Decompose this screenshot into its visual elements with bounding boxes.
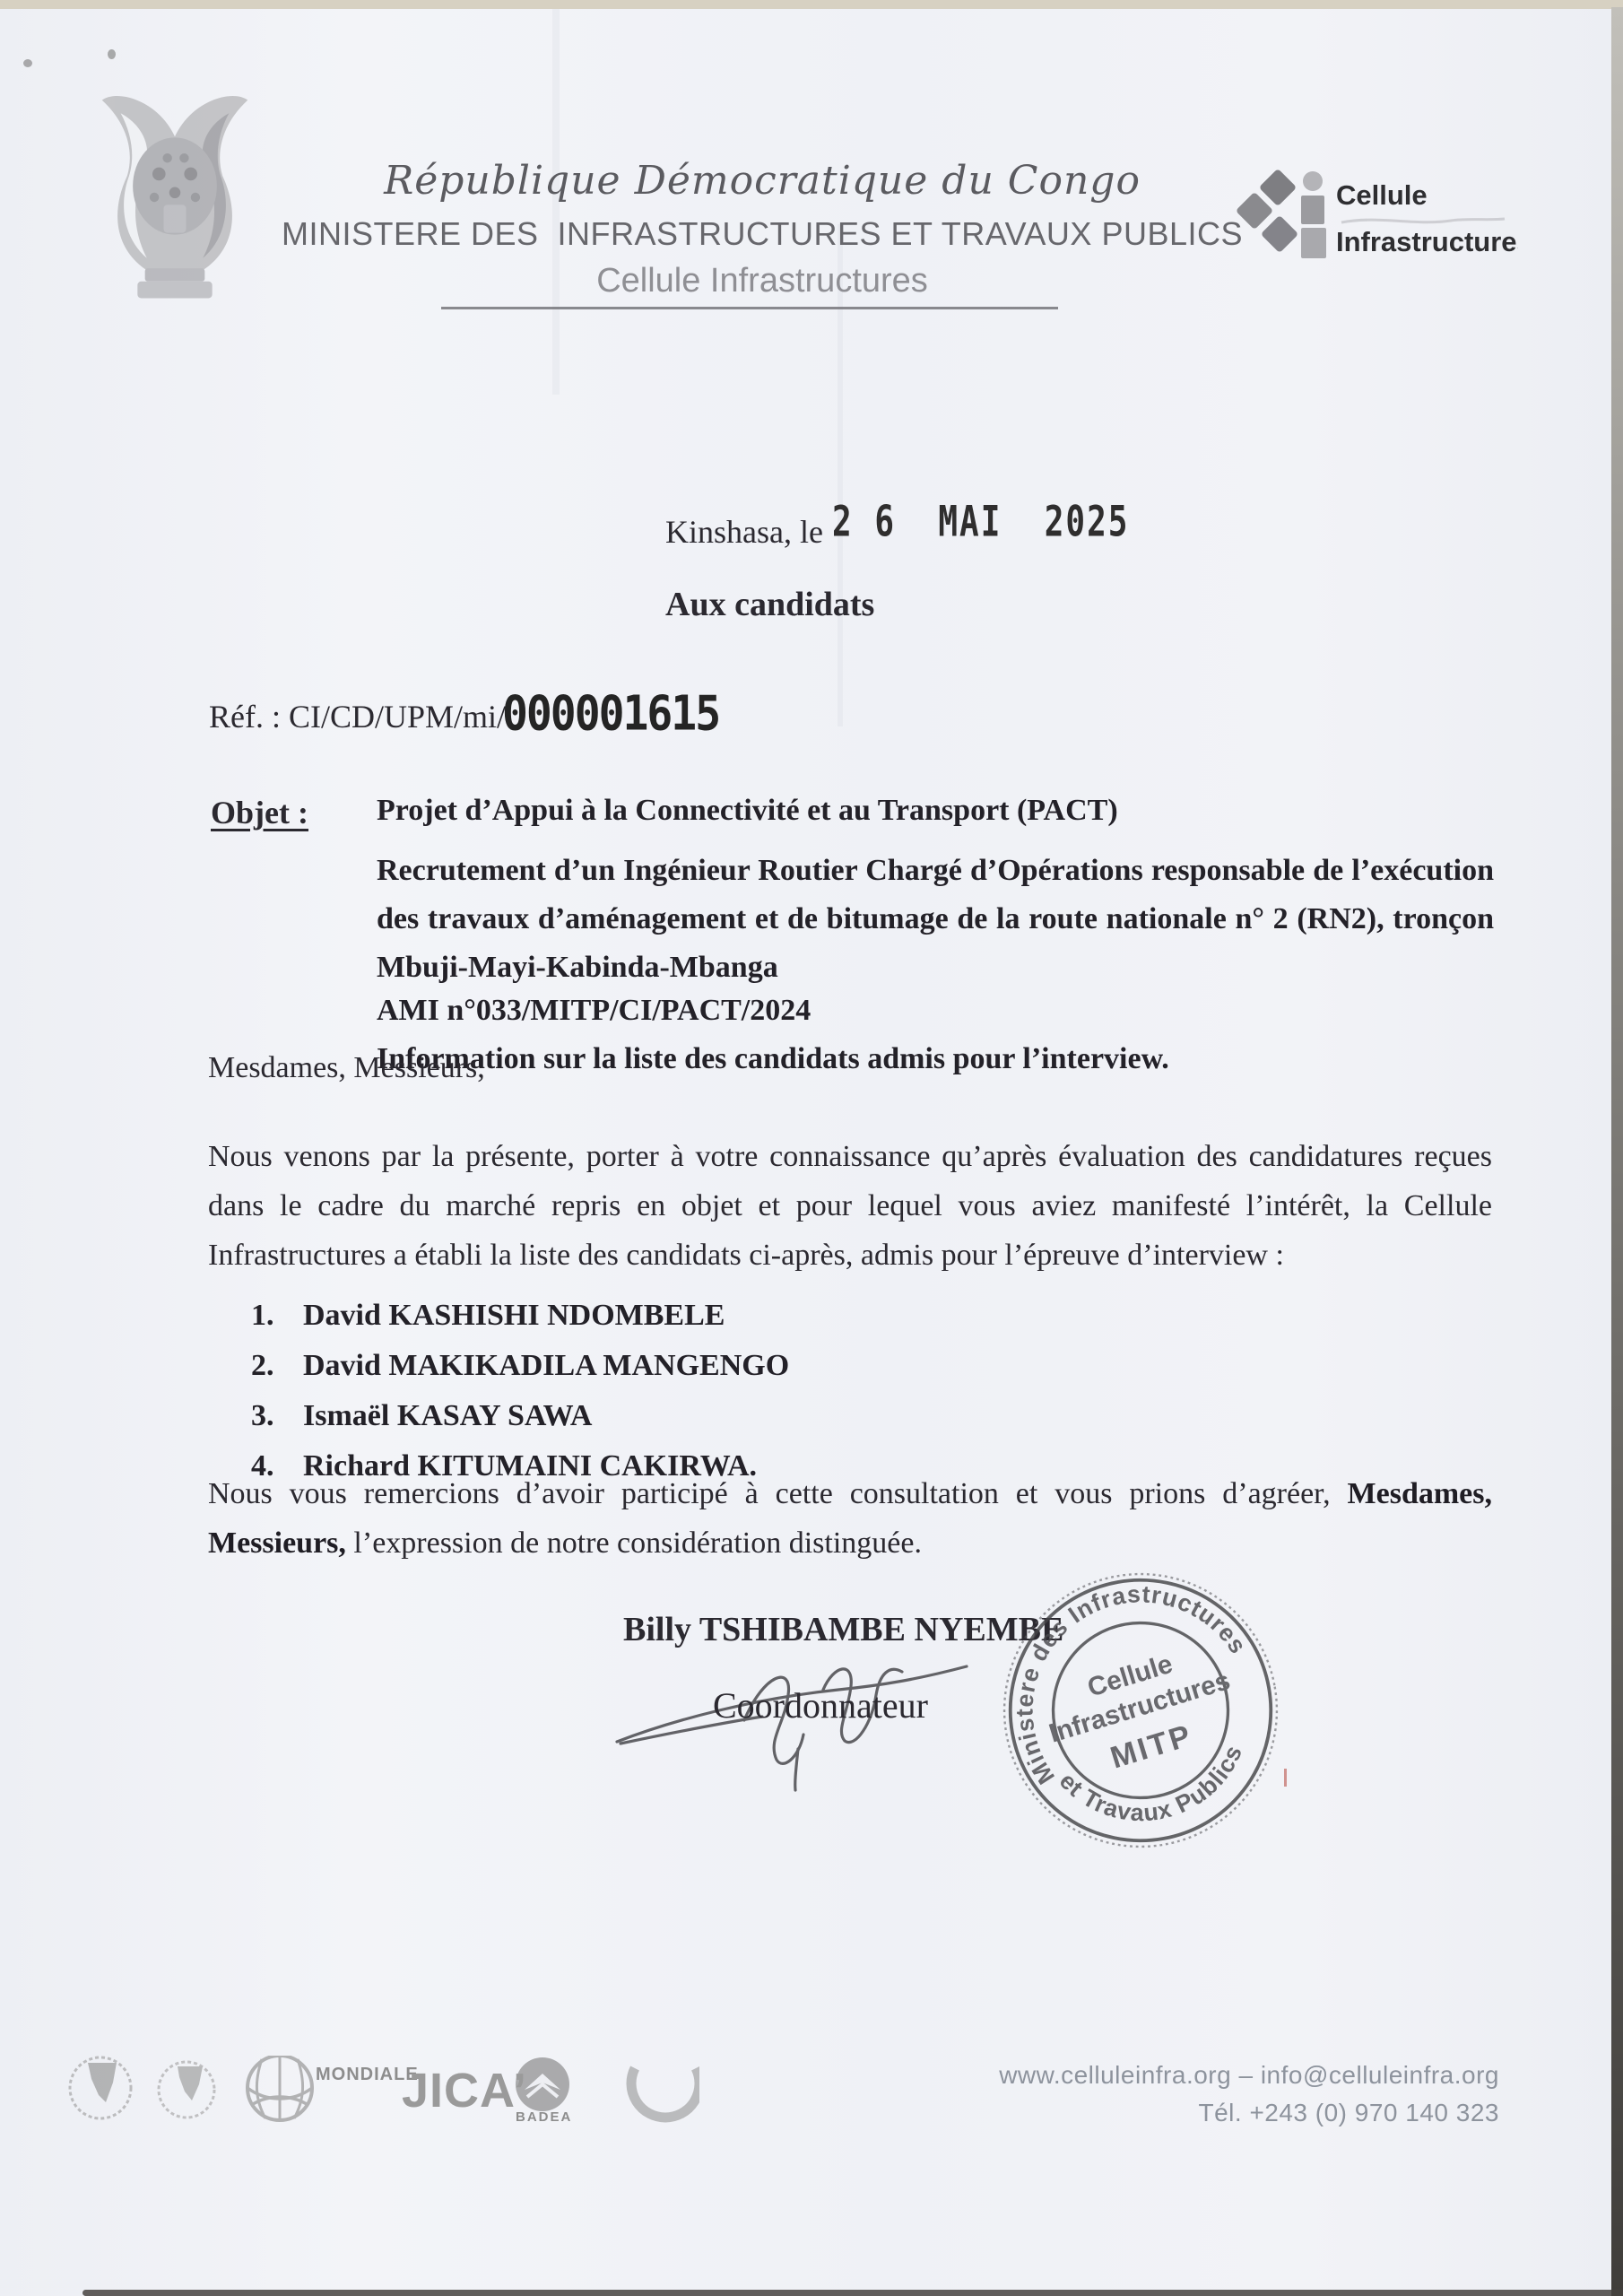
paper-speck (108, 49, 116, 59)
candidate-item: 3.Ismaël KASAY SAWA (251, 1399, 789, 1449)
date-stamp: 2 6 MAI 2025 (832, 499, 1129, 546)
scan-edge-top (0, 0, 1623, 9)
scan-edge-right (1611, 7, 1623, 2296)
body-paragraph: Nous venons par la présente, porter à vo… (208, 1132, 1492, 1280)
header-divider (441, 307, 1058, 309)
candidate-name: Ismaël KASAY SAWA (303, 1399, 592, 1432)
pen-scribble (1341, 219, 1505, 222)
paper-speck (23, 59, 32, 67)
objet-line-4: Information sur la liste des candidats a… (377, 1042, 1494, 1076)
unit-subtitle: Cellule Infrastructures (269, 262, 1255, 300)
afdb-logo-icon-2 (159, 2062, 214, 2118)
objet-line-2: Recrutement d’un Ingénieur Routier Charg… (377, 847, 1494, 992)
republic-title: République Démocratique du Congo (377, 158, 1148, 204)
recipient: Aux candidats (665, 585, 874, 624)
closing-pre: Nous vous remercions d’avoir participé à… (208, 1477, 1348, 1510)
reference-number-stamp: 000001615 (502, 685, 719, 742)
candidate-name: David KASHISHI NDOMBELE (303, 1299, 725, 1332)
footer-phone: Tél. +243 (0) 970 140 323 (888, 2099, 1499, 2127)
logo-word-2: Infrastructures (1336, 226, 1518, 257)
opec-arc-logo-icon (631, 2068, 699, 2118)
reference-label: Réf. : CI/CD/UPM/mi/ (209, 698, 506, 735)
official-round-stamp: Ministere des Infrastructures et Travaux… (962, 1532, 1320, 1890)
candidate-number: 2. (251, 1349, 303, 1383)
logo-i-column-icon (1301, 171, 1326, 258)
ministry-title: MINISTERE DES INFRASTRUCTURES ET TRAVAUX… (269, 215, 1255, 253)
scanned-letter-page: République Démocratique du Congo MINISTE… (0, 0, 1623, 2296)
candidate-name: David MAKIKADILA MANGENGO (303, 1349, 789, 1382)
candidate-number: 3. (251, 1399, 303, 1433)
objet-line-1: Projet d’Appui à la Connectivité et au T… (377, 794, 1494, 828)
closing-post: l’expression de notre considération dist… (346, 1526, 922, 1560)
place-line: Kinshasa, le (665, 513, 823, 551)
logo-word-1: Cellule (1336, 179, 1428, 211)
banque-mondiale-globe-icon (247, 2056, 312, 2120)
logo-diamonds-icon (1236, 169, 1298, 253)
cellule-infrastructures-logo: Cellule Infrastructures (1236, 167, 1518, 270)
signatory-title: Coordonnateur (713, 1684, 928, 1726)
drc-coat-of-arms-logo (63, 85, 287, 309)
jica-logo-text: JICA’ (402, 2063, 527, 2118)
footer-website-email: www.celluleinfra.org – info@celluleinfra… (888, 2061, 1499, 2090)
afdb-logo-icon (70, 2057, 131, 2118)
scan-edge-bottom (82, 2290, 1623, 2296)
objet-line-3: AMI n°033/MITP/CI/PACT/2024 (377, 994, 1494, 1028)
closing-paragraph: Nous vous remercions d’avoir participé à… (208, 1469, 1492, 1568)
candidate-item: 2.David MAKIKADILA MANGENGO (251, 1349, 789, 1399)
candidate-number: 1. (251, 1299, 303, 1333)
badea-label: BADEA (516, 2109, 572, 2125)
salutation: Mesdames, Messieurs, (208, 1051, 485, 1085)
candidate-item: 1.David KASHISHI NDOMBELE (251, 1299, 789, 1349)
objet-label: Objet : (211, 794, 308, 831)
